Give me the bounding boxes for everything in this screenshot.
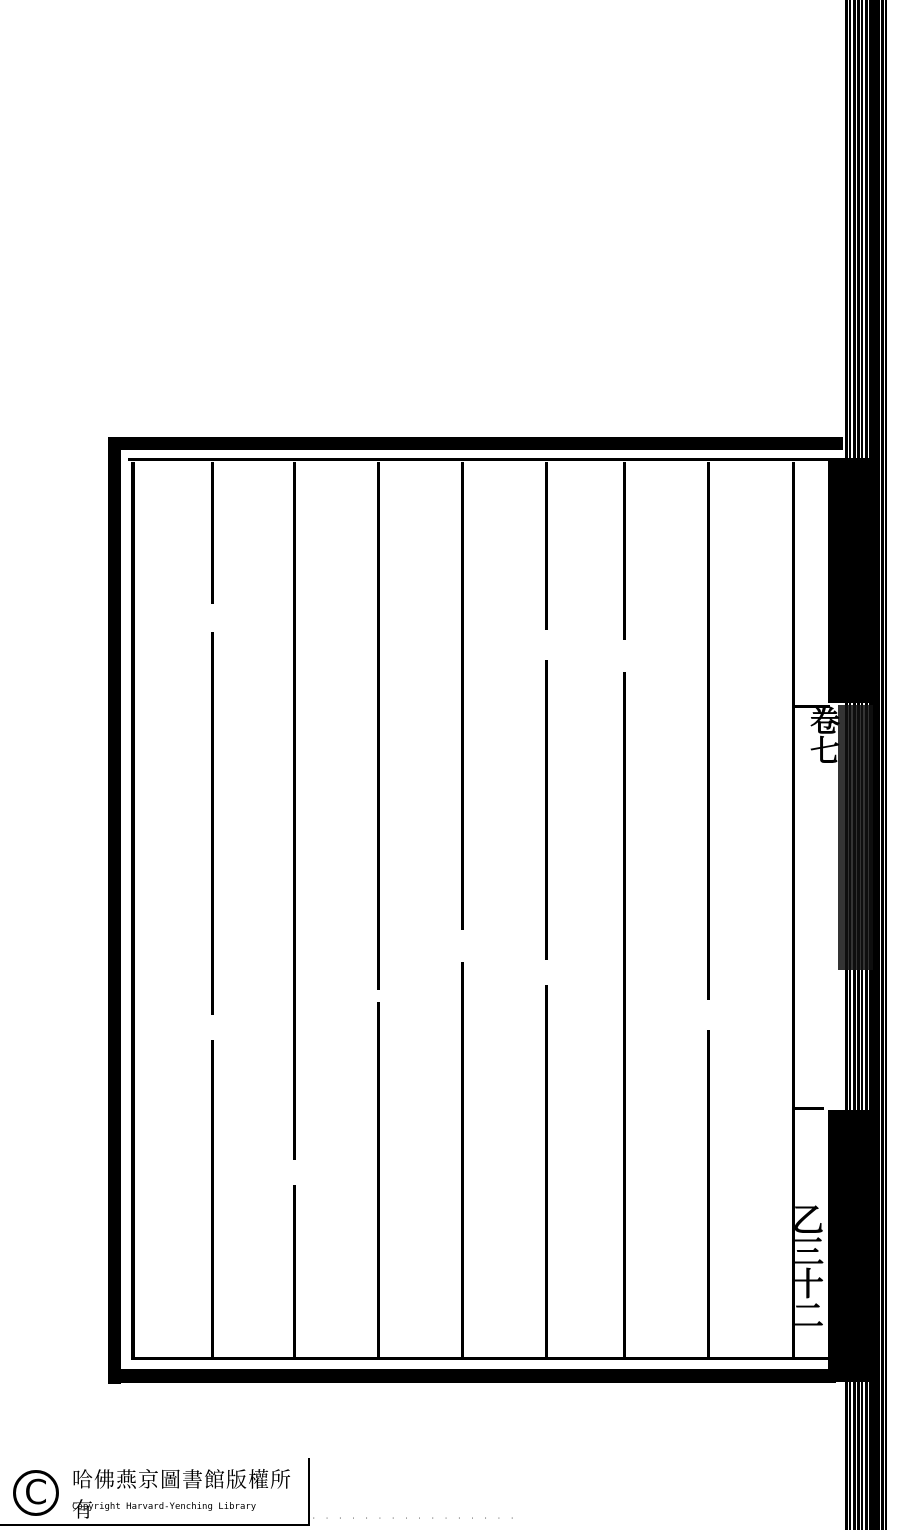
fold-black-mouth-top [828,458,878,703]
inner-frame-left [131,462,135,1360]
fold-black-mouth-bottom [828,1110,870,1382]
fold-worn-area [838,705,873,970]
fold-page-number: 乙三十二 [794,1203,828,1331]
rule-break [210,1015,216,1040]
rule-break [376,990,382,1002]
scanned-page: 卷七 乙三十二 C 哈佛燕京圖書館版權所有 Copyright Harvard-… [0,0,900,1530]
column-rule [623,462,626,1357]
rule-break [706,1000,712,1030]
fold-volume-title: 卷七 [808,705,838,765]
rule-break [460,930,466,962]
rule-break [622,640,628,672]
column-rule [461,462,464,1357]
copyright-chinese: 哈佛燕京圖書館版權所有 [72,1464,308,1524]
outer-frame-left [108,437,121,1384]
rule-break [292,1160,298,1185]
column-rule [545,462,548,1357]
copyright-english: Copyright Harvard-Yenching Library [72,1502,256,1512]
outer-frame-top [108,437,843,450]
rule-break [544,960,550,985]
column-rule [293,462,296,1357]
rule-break [210,604,216,632]
copyright-icon: C [13,1470,59,1516]
fold-divider-bottom [792,1107,824,1110]
scan-noise: · · · · · · · · · · · · · · · · [312,1515,517,1522]
column-rule [707,462,710,1357]
column-rule [211,462,214,1357]
inner-frame-bottom [134,1357,834,1360]
column-rule [377,462,380,1357]
outer-frame-bottom [116,1369,836,1383]
inner-frame-top [128,458,828,461]
rule-break [544,630,550,660]
copyright-stamp: C 哈佛燕京圖書館版權所有 Copyright Harvard-Yenching… [0,1458,310,1526]
